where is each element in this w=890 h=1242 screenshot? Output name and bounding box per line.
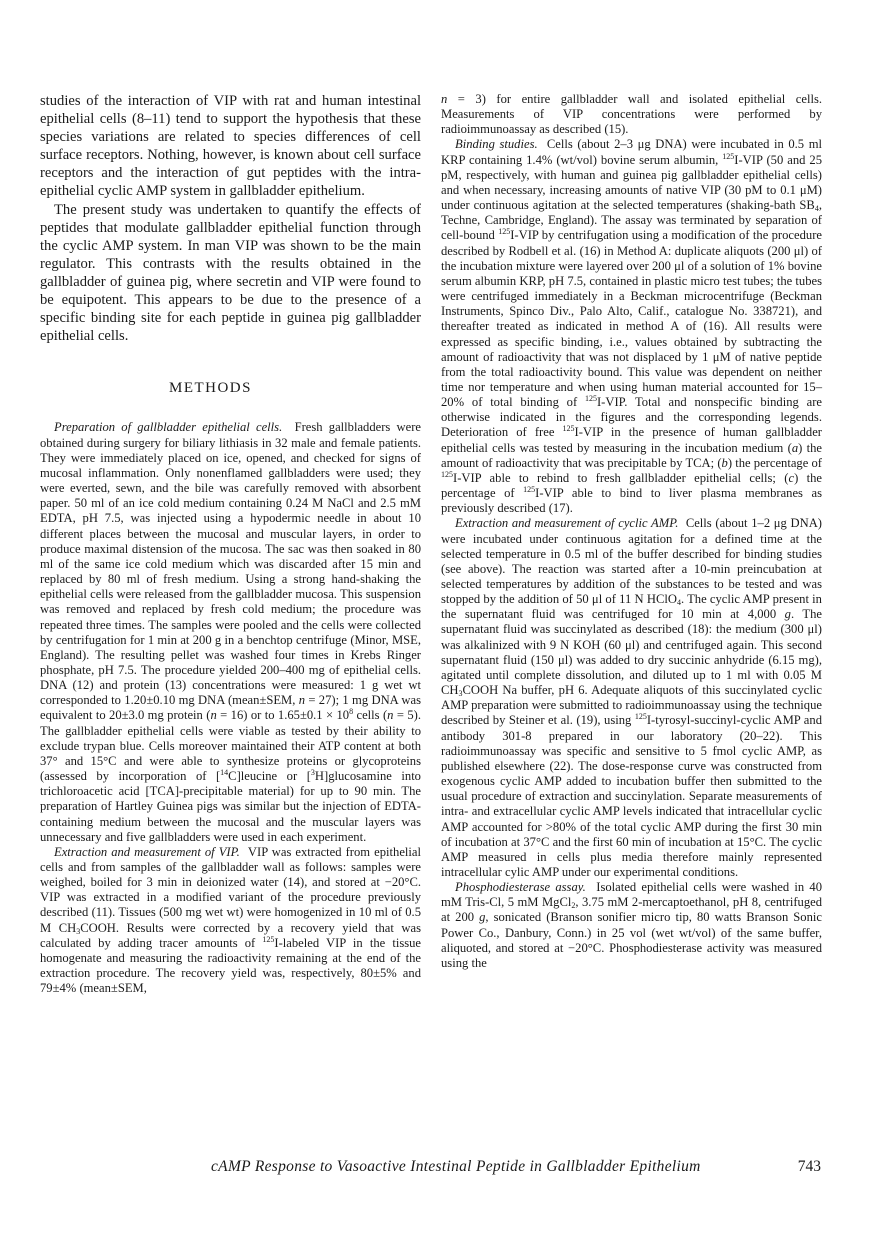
page-footer: cAMP Response to Vasoactive Intestinal P…	[211, 1158, 821, 1176]
preparation-paragraph: Preparation of gallbladder epithelial ce…	[40, 420, 421, 844]
camp-extraction-subheading: Extraction and measurement of cyclic AMP…	[455, 516, 678, 530]
left-column: studies of the interaction of VIP with r…	[40, 92, 421, 996]
vip-extraction-paragraph: Extraction and measurement of VIP. VIP w…	[40, 845, 421, 997]
binding-studies-subheading: Binding studies.	[455, 137, 538, 151]
phosphodiesterase-paragraph: Phosphodiesterase assay. Isolated epithe…	[441, 880, 822, 971]
camp-extraction-paragraph: Extraction and measurement of cyclic AMP…	[441, 516, 822, 880]
right-column: n = 3) for entire gallbladder wall and i…	[441, 92, 822, 971]
running-title: cAMP Response to Vasoactive Intestinal P…	[211, 1158, 701, 1175]
preparation-subheading: Preparation of gallbladder epithelial ce…	[54, 420, 282, 434]
binding-studies-paragraph: Binding studies. Cells (about 2–3 μg DNA…	[441, 137, 822, 516]
page-number: 743	[798, 1158, 821, 1176]
vip-extraction-subheading: Extraction and measurement of VIP.	[54, 845, 240, 859]
phosphodiesterase-subheading: Phosphodiesterase assay.	[455, 880, 586, 894]
intro-paragraph-1: studies of the interaction of VIP with r…	[40, 92, 421, 201]
vip-continued-paragraph: n = 3) for entire gallbladder wall and i…	[441, 92, 822, 137]
methods-heading: METHODS	[40, 381, 421, 396]
intro-paragraph-2: The present study was undertaken to quan…	[40, 201, 421, 346]
